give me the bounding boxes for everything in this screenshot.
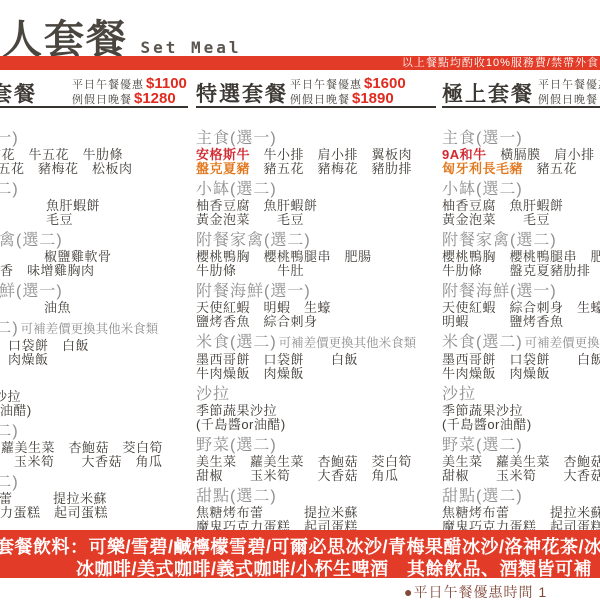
menu-row: 墨西哥餅 口袋餅 白飯 xyxy=(196,353,436,367)
rice-header-note: 可補差價更換其他米食類 xyxy=(525,336,600,350)
menu-row: 甜椒 玉米筍 大香菇 角瓜 xyxy=(442,469,600,483)
section-header-poultry: 附餐家禽(選二) xyxy=(442,232,600,249)
column-header: 套餐 平日午餐優惠$1100 例假日晚餐$1280 xyxy=(0,76,188,106)
price-label-dinner: 例假日晚餐 xyxy=(290,94,350,106)
menu-row: 毛豆 xyxy=(46,213,188,227)
menu-row: 季節蔬果沙拉 xyxy=(442,404,600,418)
column-header: 極上套餐 平日午餐優惠 例假日晚餐 xyxy=(442,76,600,106)
set-name: 套餐 xyxy=(0,78,37,108)
rice-header-note: 可補差價更換其他米食類 xyxy=(279,336,417,350)
premium-beef-label: 安格斯牛 xyxy=(196,147,250,162)
pork-options: 豬五花 xyxy=(523,161,577,176)
section-header-dessert: 甜點(選二) xyxy=(442,488,600,505)
set-name: 極上套餐 xyxy=(442,78,534,108)
section-header-veg: 野菜(選二) xyxy=(196,437,436,454)
menu-row: 9A和牛 橫膈膜 肩小排 xyxy=(442,148,600,162)
section-header-seafood: 附餐海鮮(選一) xyxy=(0,283,188,300)
menu-row: 黃金泡菜 毛豆 xyxy=(442,213,600,227)
section-header-bowl: 小缽(選二) xyxy=(196,181,436,198)
service-charge-bar: 以上餐點均酌收10%服務費/禁帶外食 xyxy=(0,56,600,70)
column-basic-set: 套餐 平日午餐優惠$1100 例假日晚餐$1280 主食(選一) 雪花 牛五花 … xyxy=(0,76,188,520)
rice-header: 米食(選二) xyxy=(0,320,19,337)
rice-header-note: 可補差價更換其他米食類 xyxy=(21,322,159,336)
menu-row: 甜椒 玉米筍 大香菇 角瓜 xyxy=(196,469,436,483)
column-supreme-set: 極上套餐 平日午餐優惠 例假日晚餐 主食(選一) 9A和牛 橫膈膜 肩小排 匈牙… xyxy=(442,76,600,534)
menu-row: 油魚 xyxy=(44,301,188,315)
section-header-salad: 沙拉 xyxy=(442,386,600,403)
section-header-main: 主食(選一) xyxy=(0,130,188,147)
price-block: 平日午餐優惠$1100 例假日晚餐$1280 xyxy=(72,76,187,106)
menu-row: 牛肉燥飯 肉燥飯 xyxy=(442,367,600,381)
menu-row: 焦糖烤布蕾 提拉米蘇 xyxy=(196,506,436,520)
section-header-poultry: 附餐家禽(選二) xyxy=(0,232,188,249)
menu-row: 明蝦 鹽烤香魚 xyxy=(442,315,600,329)
section-header-dessert: 甜點(選二) xyxy=(196,488,436,505)
menu-row: (千島醬or油醋) xyxy=(442,418,600,432)
section-header-seafood: 附餐海鮮(選一) xyxy=(196,283,436,300)
menu-row: 焦糖烤布蕾 提拉米蘇 xyxy=(442,506,600,520)
menu-row: 天使紅蝦 綜合刺身 生蠔 xyxy=(442,301,600,315)
pork-options: 豬五花 豬梅花 豬肋排 xyxy=(250,161,412,176)
premium-beef-label: 9A和牛 xyxy=(442,147,487,162)
menu-row: 匈牙利長毛豬 豬五花 xyxy=(442,162,600,176)
menu-row: 豬五花 豬梅花 松板肉 xyxy=(0,162,188,176)
price-label-dinner: 例假日晚餐 xyxy=(72,94,132,106)
menu-row: 柚香豆腐 魚肝蝦餅 xyxy=(196,199,436,213)
menu-row: 肉燥飯 xyxy=(8,353,188,367)
menu-row: 口袋餅 白飯 xyxy=(8,339,188,353)
beef-options: 牛小排 肩小排 翼板肉 xyxy=(250,147,412,162)
drinks-banner: 套餐飲料：可樂/雪碧/鹹檸檬雪碧/可爾必思冰沙/青梅果醋冰沙/洛神花茶/冰 冰咖… xyxy=(0,530,600,578)
menu-row: 鹽烤香魚 綜合刺身 xyxy=(196,315,436,329)
service-charge-text: 以上餐點均酌收10%服務費/禁帶外食 xyxy=(402,57,599,69)
menu-row: 黃金泡菜 毛豆 xyxy=(196,213,436,227)
menu-row: 牛肋條 牛肚 xyxy=(196,264,436,278)
section-header-seafood: 附餐海鮮(選一) xyxy=(442,283,600,300)
menu-row: 美生菜 蘿美生菜 杏鮑菇 茭白筍 xyxy=(442,455,600,469)
drinks-line-2: 冰咖啡/美式咖啡/義式咖啡/小杯生啤酒 其餘飲品、酒類皆可補 xyxy=(76,555,592,581)
section-header-salad: 沙拉 xyxy=(0,372,188,389)
section-header-main: 主食(選一) xyxy=(196,130,436,147)
column-special-set: 特選套餐 平日午餐優惠$1600 例假日晚餐$1890 主食(選一) 安格斯牛 … xyxy=(196,76,436,534)
menu-row: (千島醬or油醋) xyxy=(196,418,436,432)
section-header-poultry: 附餐家禽(選二) xyxy=(196,232,436,249)
rice-header: 米食(選二) xyxy=(442,334,523,351)
column-header: 特選套餐 平日午餐優惠$1600 例假日晚餐$1890 xyxy=(196,76,436,106)
menu-row: 季節蔬果沙拉 xyxy=(0,390,188,404)
menu-row: 魚肝蝦餅 xyxy=(46,199,188,213)
menu-row: 柚香豆腐 魚肝蝦餅 xyxy=(442,199,600,213)
set-name: 特選套餐 xyxy=(196,78,288,108)
menu-row: 雪花 牛五花 牛肋條 xyxy=(0,148,188,162)
menu-row: 櫻桃鴨胸 櫻桃鴨腿串 肥腸 xyxy=(442,250,600,264)
price-block: 平日午餐優惠$1600 例假日晚餐$1890 xyxy=(290,76,406,106)
lunch-discount-time-note: ●平日午餐優惠時間 1 xyxy=(404,582,547,600)
section-header-salad: 沙拉 xyxy=(196,386,436,403)
menu-row: 魔鬼巧克力蛋糕 起司蛋糕 xyxy=(0,506,188,520)
menu-row: 牛肉燥飯 肉燥飯 xyxy=(196,367,436,381)
menu-row: 甜椒 玉米筍 大香菇 角瓜 xyxy=(0,455,188,469)
section-header-veg: 野菜(選二) xyxy=(442,437,600,454)
section-header-veg: 野菜(選二) xyxy=(0,423,188,440)
menu-row: 季節蔬果沙拉 xyxy=(196,404,436,418)
menu-row: 椒鹽雞軟骨 xyxy=(44,250,188,264)
section-header-dessert: 甜點(選二) xyxy=(0,474,188,491)
price-label-dinner: 例假日晚餐 xyxy=(538,94,598,106)
section-header-rice: 米食(選二)可補差價更換其他米食類 xyxy=(196,334,436,352)
section-header-bowl: 小缽(選二) xyxy=(0,181,188,198)
menu-row: 香 味增雞胸肉 xyxy=(0,264,188,278)
menu-row: (千島醬or油醋) xyxy=(0,404,188,418)
section-header-bowl: 小缽(選二) xyxy=(442,181,600,198)
page-title-en: Set Meal xyxy=(140,38,241,57)
section-header-main: 主食(選一) xyxy=(442,130,600,147)
menu-page: 人套餐 Set Meal 以上餐點均酌收10%服務費/禁帶外食 套餐 平日午餐優… xyxy=(0,0,600,600)
rice-header: 米食(選二) xyxy=(196,334,277,351)
menu-row: 櫻桃鴨胸 櫻桃鴨腿串 肥腸 xyxy=(196,250,436,264)
menu-row: 美生菜 蘿美生菜 杏鮑菇 茭白筍 xyxy=(196,455,436,469)
beef-options: 橫膈膜 肩小排 xyxy=(487,147,595,162)
menu-row: 美生菜 蘿美生菜 杏鮑菇 茭白筍 xyxy=(0,441,188,455)
price-value-dinner: $1280 xyxy=(134,90,176,107)
menu-row: 墨西哥餅 口袋餅 白飯 xyxy=(442,353,600,367)
premium-pork-label: 匈牙利長毛豬 xyxy=(442,161,523,176)
menu-row: 安格斯牛 牛小排 肩小排 翼板肉 xyxy=(196,148,436,162)
section-header-rice: 米食(選二)可補差價更換其他米食類 xyxy=(0,320,188,338)
section-header-rice: 米食(選二)可補差價更換其他米食類 xyxy=(442,334,600,352)
menu-row: 牛肋條 盤克夏豬肋排 xyxy=(442,264,600,278)
price-label-lunch: 平日午餐優惠 xyxy=(538,79,600,91)
menu-row: 盤克夏豬 豬五花 豬梅花 豬肋排 xyxy=(196,162,436,176)
price-block: 平日午餐優惠 例假日晚餐 xyxy=(538,76,600,106)
menu-row: 天使紅蝦 明蝦 生蠔 xyxy=(196,301,436,315)
menu-row: 焦糖烤布蕾 提拉米蘇 xyxy=(0,492,188,506)
price-value-dinner: $1890 xyxy=(352,90,394,107)
premium-pork-label: 盤克夏豬 xyxy=(196,161,250,176)
